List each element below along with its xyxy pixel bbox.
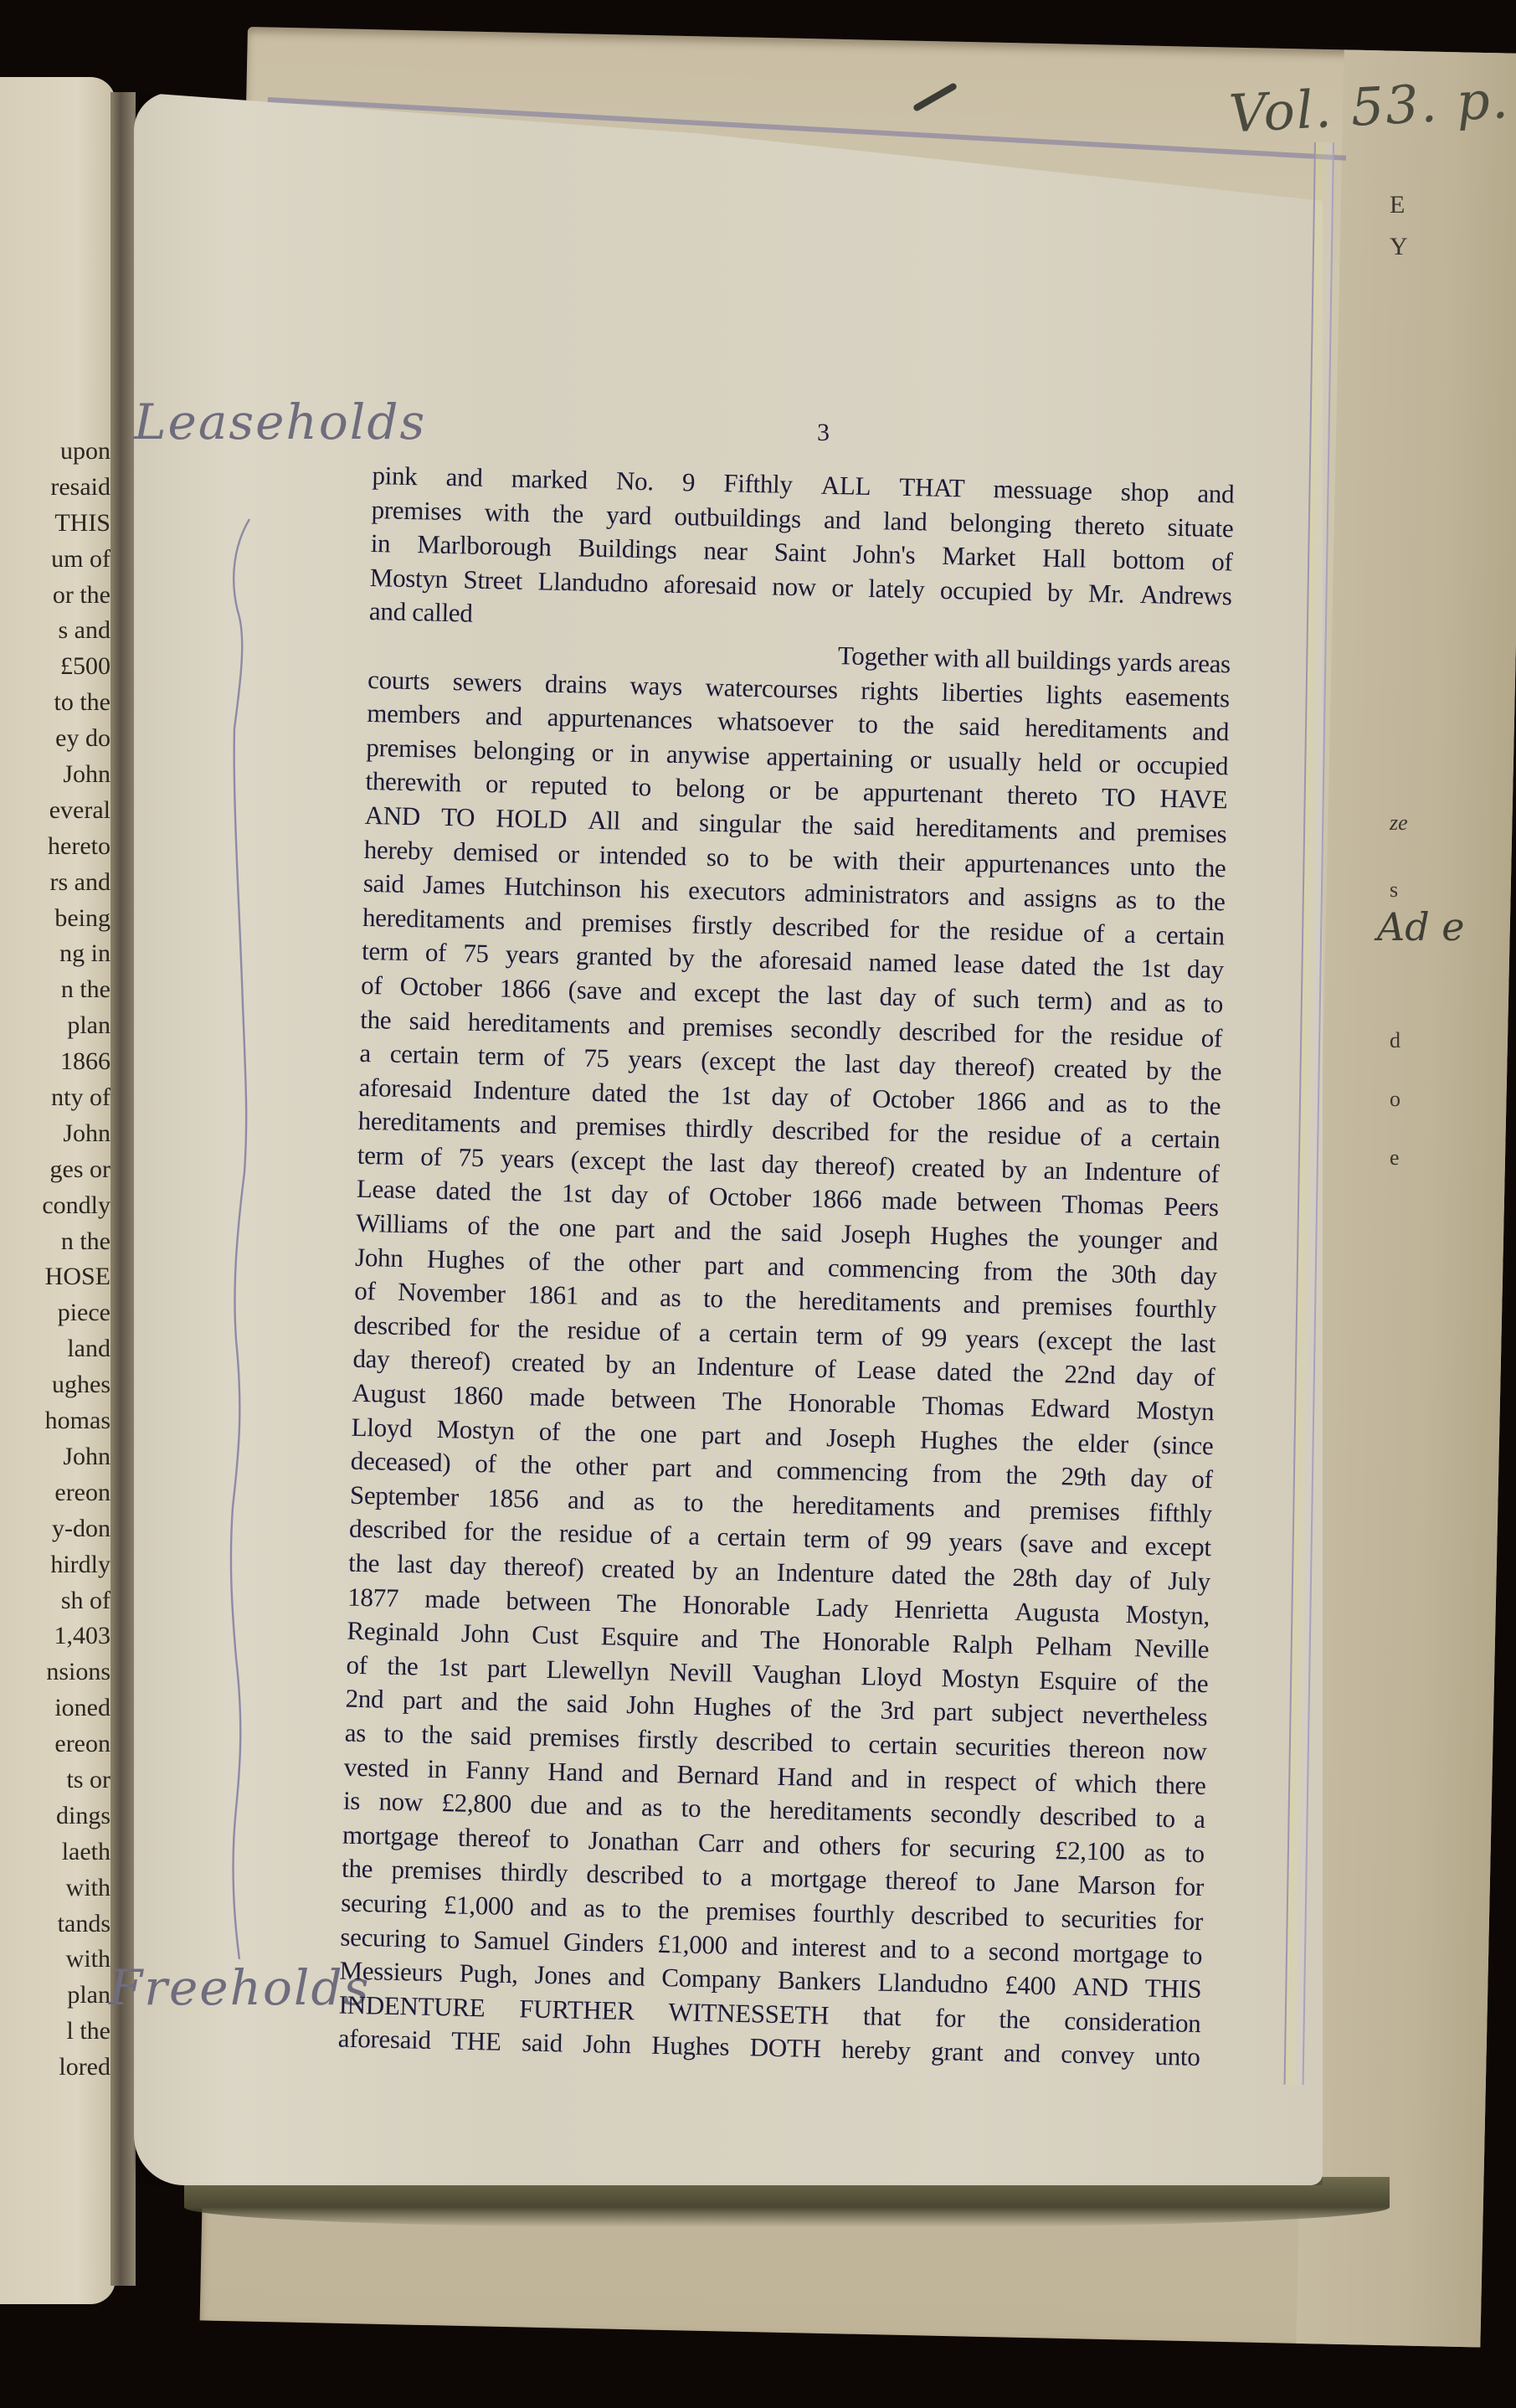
page-number: 3 xyxy=(817,419,830,447)
facing-line: homas xyxy=(0,1403,110,1439)
facing-line: n the xyxy=(0,972,110,1008)
facing-line: hirdly xyxy=(0,1547,110,1583)
facing-line: John xyxy=(0,1116,110,1152)
facing-line: ughes xyxy=(0,1367,110,1403)
facing-line: ereon xyxy=(0,1475,110,1511)
facing-line: ng in xyxy=(0,936,110,972)
margin-note-leaseholds: Leaseholds xyxy=(134,394,426,450)
facing-line: ioned xyxy=(0,1690,110,1726)
facing-line: plan xyxy=(0,1978,110,2014)
facing-line: THIS xyxy=(0,506,110,542)
facing-page-left: upon resaid THIS um of or the s and £500… xyxy=(0,77,116,2304)
book-gutter xyxy=(110,92,136,2286)
facing-line: with xyxy=(0,1870,110,1906)
underlying-letter: d xyxy=(1390,1030,1400,1052)
facing-line: ges or xyxy=(0,1152,110,1188)
underlying-letter: s xyxy=(1390,879,1398,901)
handwritten-scribble: Ad e xyxy=(1377,904,1465,949)
facing-line: land xyxy=(0,1331,110,1367)
facing-line: y-don xyxy=(0,1511,110,1547)
underlying-letter: E xyxy=(1390,193,1405,218)
facing-line: nty of xyxy=(0,1080,110,1116)
facing-line: hereto xyxy=(0,829,110,865)
facing-line: l the xyxy=(0,2014,110,2050)
facing-page-text: upon resaid THIS um of or the s and £500… xyxy=(0,434,110,2086)
facing-line: rs and xyxy=(0,865,110,901)
facing-line: John xyxy=(0,757,110,793)
facing-line: or the xyxy=(0,578,110,614)
facing-line: £500 xyxy=(0,649,110,685)
underlying-letter: Y xyxy=(1390,234,1408,260)
facing-line: ts or xyxy=(0,1762,110,1798)
document-body: pinkandmarkedNo.9FifthlyALLTHATmessuages… xyxy=(337,459,1234,2075)
facing-line: piece xyxy=(0,1295,110,1331)
facing-line: being xyxy=(0,901,110,937)
facing-line: resaid xyxy=(0,470,110,506)
facing-line: with xyxy=(0,1942,110,1978)
facing-line: laeth xyxy=(0,1834,110,1870)
facing-line: everal xyxy=(0,793,110,829)
underlying-letter: e xyxy=(1390,1147,1400,1169)
facing-line: um of xyxy=(0,542,110,578)
facing-line: n the xyxy=(0,1224,110,1260)
pencil-brace-line xyxy=(218,486,268,1993)
facing-line: condly xyxy=(0,1188,110,1224)
underlying-letter: ze xyxy=(1390,812,1408,834)
facing-line: John xyxy=(0,1439,110,1475)
facing-line: to the xyxy=(0,685,110,721)
facing-line: dings xyxy=(0,1798,110,1834)
facing-line: sh of xyxy=(0,1583,110,1619)
facing-line: plan xyxy=(0,1008,110,1044)
facing-line: upon xyxy=(0,434,110,470)
underlying-letter: o xyxy=(1390,1088,1400,1110)
facing-line: 1,403 xyxy=(0,1618,110,1654)
facing-line: s and xyxy=(0,613,110,649)
facing-line: 1866 xyxy=(0,1044,110,1080)
facing-line: ey do xyxy=(0,721,110,757)
facing-line: nsions xyxy=(0,1654,110,1690)
margin-note-freeholds: Freeholds xyxy=(109,1959,370,2016)
facing-line: HOSE xyxy=(0,1259,110,1295)
facing-line: tands xyxy=(0,1906,110,1942)
facing-line: lored xyxy=(0,2050,110,2086)
facing-line: ereon xyxy=(0,1726,110,1762)
